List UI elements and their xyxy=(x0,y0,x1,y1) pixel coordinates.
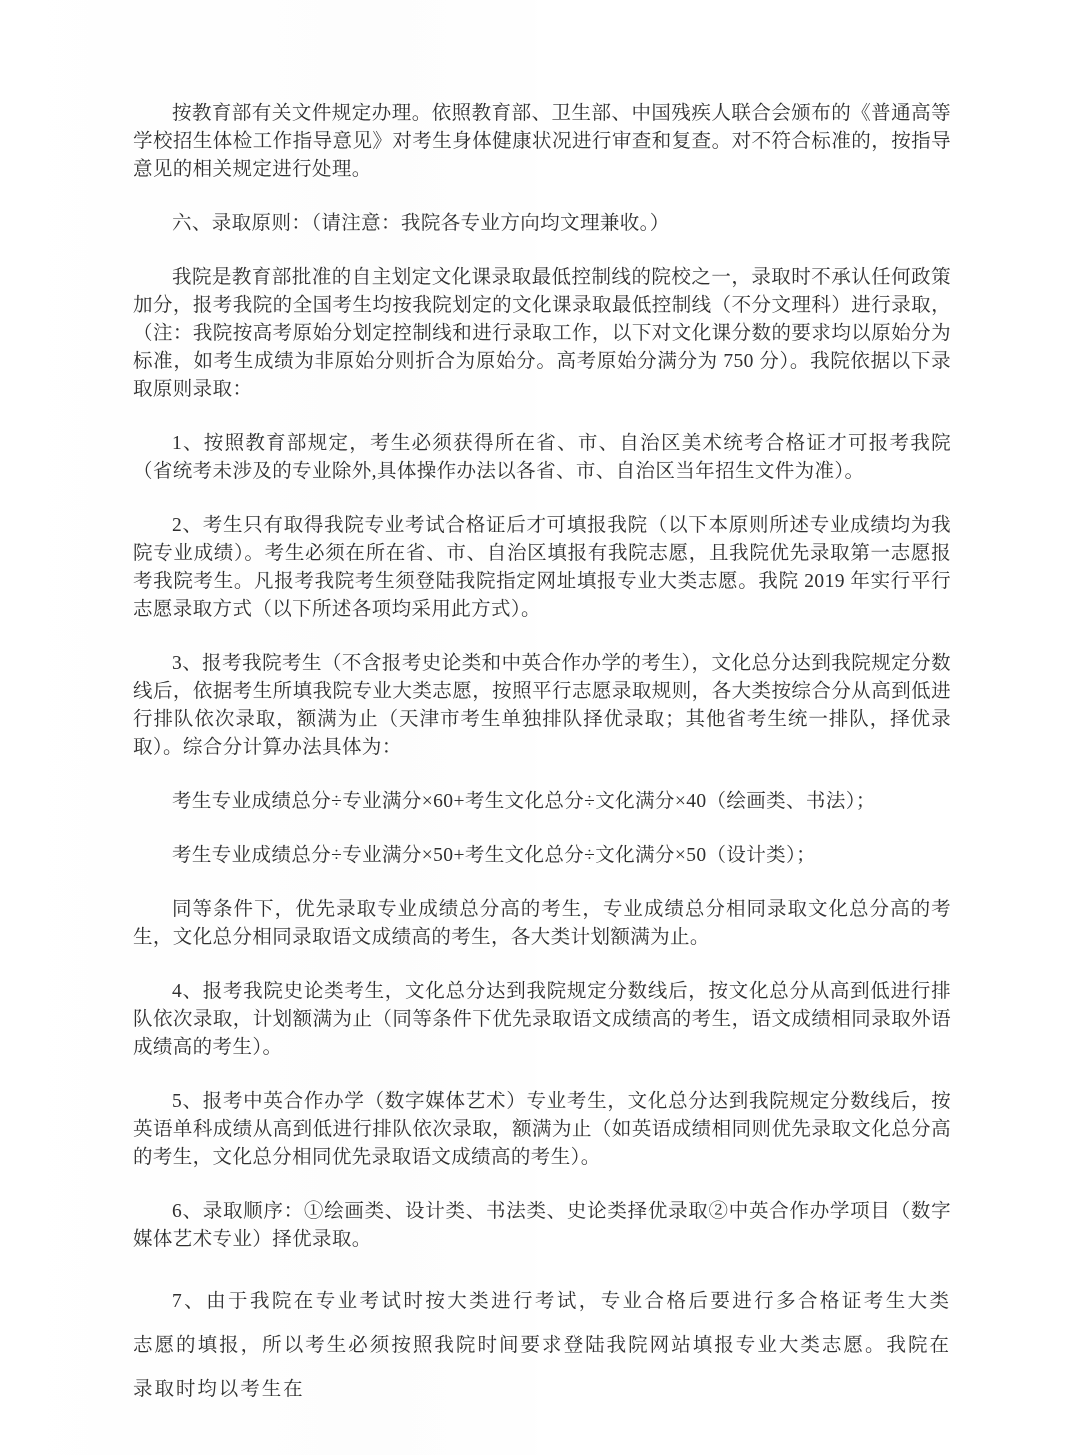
paragraph-rule-2: 2、考生只有取得我院专业考试合格证后才可填报我院（以下本原则所述专业成绩均为我院… xyxy=(133,512,951,624)
paragraph-rule-3: 3、报考我院考生（不含报考史论类和中英合作办学的考生），文化总分达到我院规定分数… xyxy=(133,650,951,762)
paragraph-rule-7: 7、由于我院在专业考试时按大类进行考试，专业合格后要进行多合格证考生大类志愿的填… xyxy=(133,1280,951,1412)
formula-design: 考生专业成绩总分÷专业满分×50+考生文化总分÷文化满分×50（设计类）； xyxy=(133,842,951,870)
paragraph-rule-5: 5、报考中英合作办学（数字媒体艺术）专业考生，文化总分达到我院规定分数线后，按英… xyxy=(133,1088,951,1172)
document-content: 按教育部有关文件规定办理。依照教育部、卫生部、中国残疾人联合会颁布的《普通高等学… xyxy=(133,100,951,1412)
heading-admission-principles: 六、录取原则：（请注意：我院各专业方向均文理兼收。） xyxy=(133,210,951,238)
document-page: 按教育部有关文件规定办理。依照教育部、卫生部、中国残疾人联合会颁布的《普通高等学… xyxy=(0,0,1080,1455)
paragraph-rule-1: 1、按照教育部规定，考生必须获得所在省、市、自治区美术统考合格证才可报考我院（省… xyxy=(133,430,951,486)
paragraph-health-check-rules: 按教育部有关文件规定办理。依照教育部、卫生部、中国残疾人联合会颁布的《普通高等学… xyxy=(133,100,951,184)
paragraph-admission-intro: 我院是教育部批准的自主划定文化课录取最低控制线的院校之一，录取时不承认任何政策加… xyxy=(133,264,951,404)
paragraph-rule-4: 4、报考我院史论类考生，文化总分达到我院规定分数线后，按文化总分从高到低进行排队… xyxy=(133,978,951,1062)
paragraph-tiebreak-rules: 同等条件下，优先录取专业成绩总分高的考生，专业成绩总分相同录取文化总分高的考生，… xyxy=(133,896,951,952)
formula-painting-calligraphy: 考生专业成绩总分÷专业满分×60+考生文化总分÷文化满分×40（绘画类、书法）； xyxy=(133,788,951,816)
paragraph-rule-6: 6、录取顺序：①绘画类、设计类、书法类、史论类择优录取②中英合作办学项目（数字媒… xyxy=(133,1198,951,1254)
